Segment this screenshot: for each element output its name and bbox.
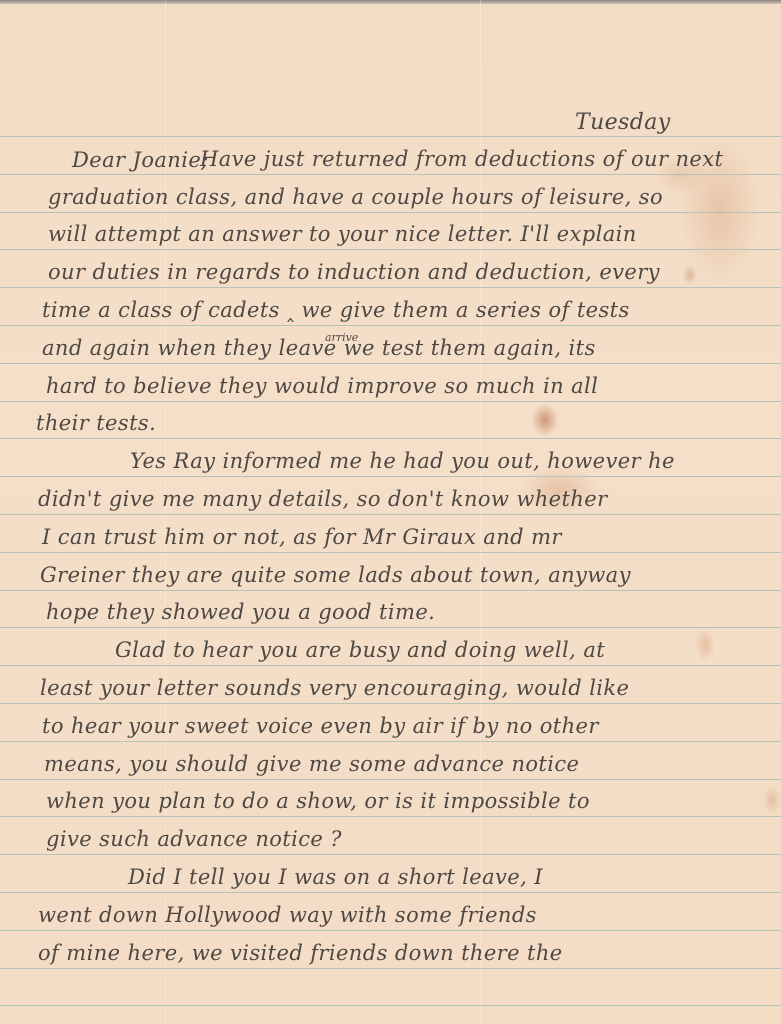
ruled-line (0, 968, 781, 969)
letter-line: Yes Ray informed me he had you out, howe… (130, 449, 675, 473)
letter-line: Did I tell you I was on a short leave, I (128, 865, 543, 889)
ruled-line (0, 854, 781, 855)
letter-line: to hear your sweet voice even by air if … (42, 714, 599, 738)
ruled-line (0, 741, 781, 742)
ruled-line (0, 779, 781, 780)
letter-line: Glad to hear you are busy and doing well… (115, 638, 605, 662)
letter-line: our duties in regards to induction and d… (48, 260, 660, 284)
letter-page: Tuesday Dear Joanie; arrive Have just re… (0, 0, 781, 1024)
ruled-line (0, 1005, 781, 1006)
letter-line: didn't give me many details, so don't kn… (38, 487, 608, 511)
ruled-line (0, 363, 781, 364)
letter-line: went down Hollywood way with some friend… (38, 903, 537, 927)
letter-line: hope they showed you a good time. (46, 600, 435, 624)
letter-line: Greiner they are quite some lads about t… (40, 563, 631, 587)
letter-line: give such advance notice ? (46, 827, 342, 851)
letter-line: Have just returned from deductions of ou… (200, 147, 723, 171)
date-heading: Tuesday (575, 110, 671, 135)
letter-line: I can trust him or not, as for Mr Giraux… (42, 525, 562, 549)
ruled-line (0, 476, 781, 477)
ruled-line (0, 401, 781, 402)
ruled-line (0, 212, 781, 213)
letter-line: when you plan to do a show, or is it imp… (46, 789, 590, 813)
ruled-line (0, 665, 781, 666)
letter-line: and again when they leave we test them a… (42, 336, 596, 360)
letter-line: will attempt an answer to your nice lett… (48, 222, 637, 246)
ruled-line (0, 552, 781, 553)
ruled-line (0, 892, 781, 893)
letter-line: of mine here, we visited friends down th… (38, 941, 563, 965)
salutation: Dear Joanie; (72, 148, 209, 172)
ruled-line (0, 325, 781, 326)
letter-line: means, you should give me some advance n… (44, 752, 579, 776)
ruled-line (0, 514, 781, 515)
ruled-line (0, 136, 781, 137)
letter-line: least your letter sounds very encouragin… (40, 676, 629, 700)
paper-top-edge (0, 0, 781, 4)
ruled-line (0, 703, 781, 704)
ruled-line (0, 627, 781, 628)
letter-line: graduation class, and have a couple hour… (48, 185, 663, 209)
ruled-line (0, 816, 781, 817)
ruled-line (0, 930, 781, 931)
letter-line: hard to believe they would improve so mu… (46, 374, 598, 398)
ruled-line (0, 438, 781, 439)
ruled-line (0, 590, 781, 591)
letter-line: their tests. (36, 411, 156, 435)
ruled-line (0, 174, 781, 175)
ruled-line (0, 249, 781, 250)
ruled-line (0, 287, 781, 288)
letter-line: time a class of cadets ‸ we give them a … (42, 298, 630, 322)
